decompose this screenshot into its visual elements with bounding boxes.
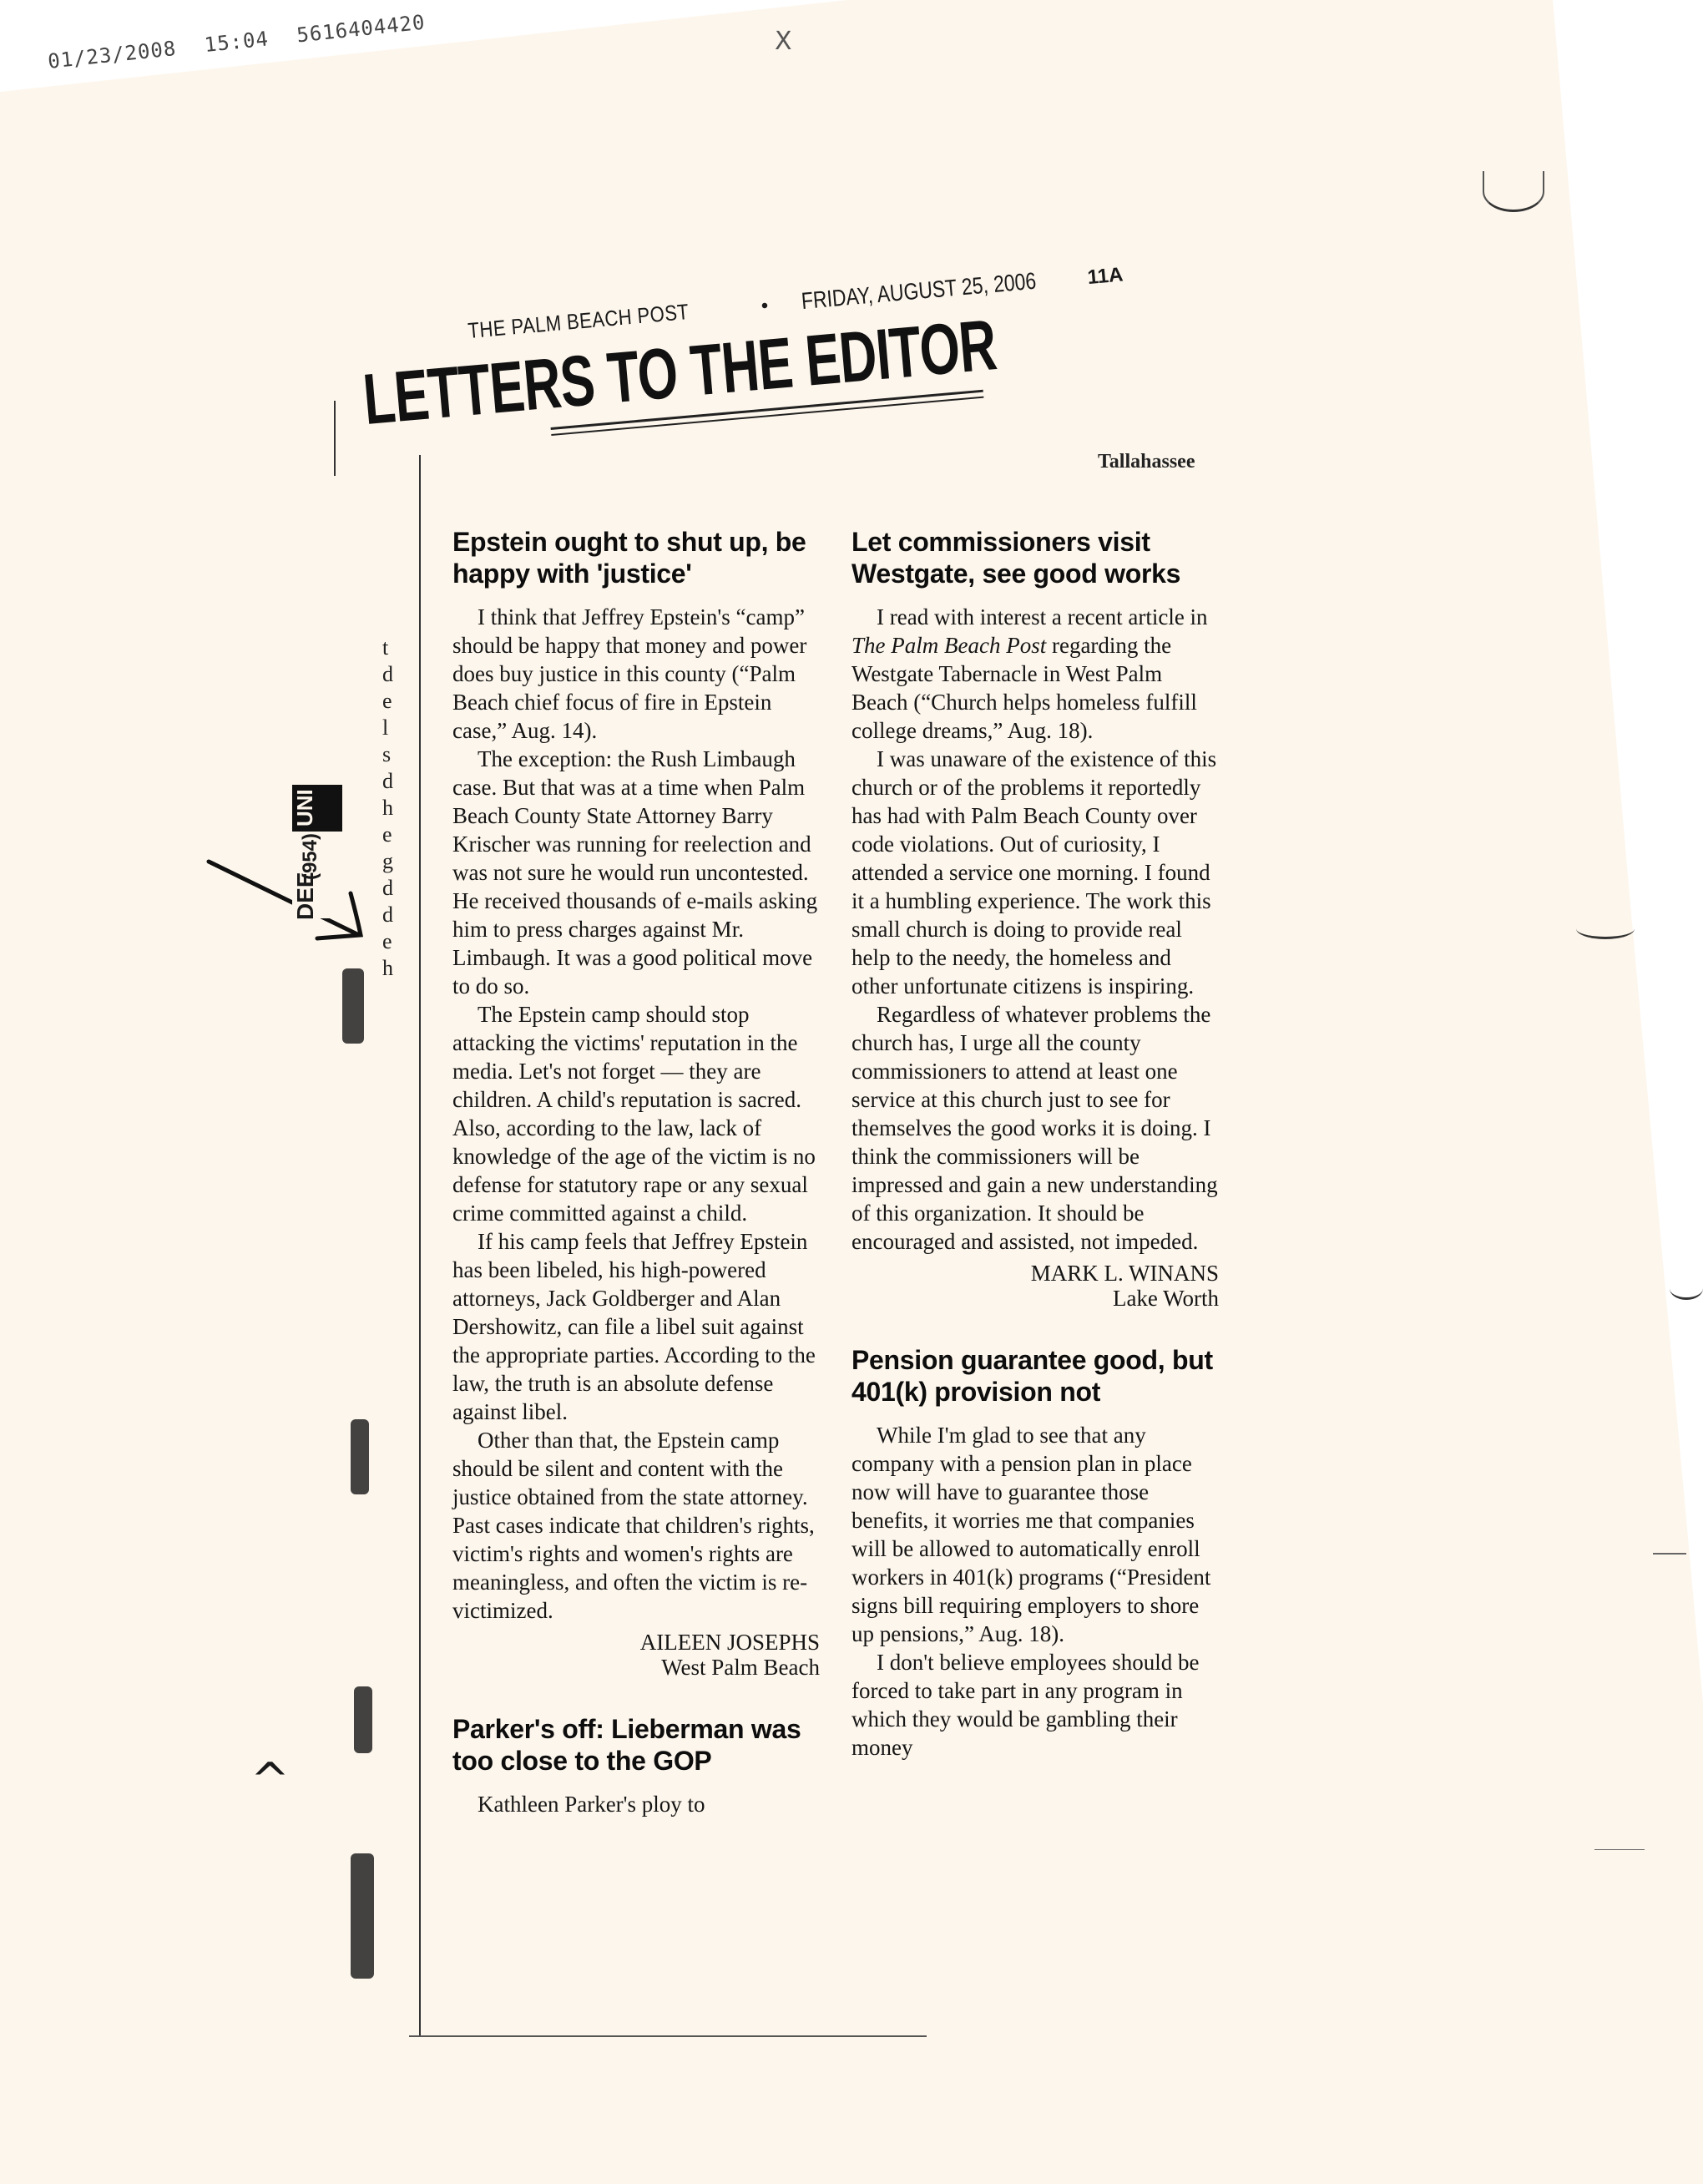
letter-city: West Palm Beach <box>452 1655 820 1680</box>
adjacent-column-fragment: t d e l s d h e g d d e h UNI (954) DEE … <box>284 501 417 1979</box>
letter-paragraph: While I'm glad to see that any company w… <box>851 1421 1219 1648</box>
letter-author: AILEEN JOSEPHS <box>452 1630 820 1655</box>
clipping-edge <box>334 401 336 476</box>
partial-word: Tallahassee <box>1098 451 1195 473</box>
ad-name: DEE <box>292 870 342 920</box>
ink-smudge <box>351 1853 374 1979</box>
letter-headline: Let commissioners visit Westgate, see go… <box>851 526 1219 589</box>
letters-column-left: Epstein ought to shut up, be happy with … <box>452 526 820 1818</box>
letter-author: MARK L. WINANS <box>851 1261 1219 1286</box>
paragraph-text: I read with interest a recent article in <box>877 604 1208 629</box>
letter-paragraph: Other than that, the Epstein camp should… <box>452 1426 820 1625</box>
letter-paragraph: I was unaware of the existence of this c… <box>851 745 1219 1000</box>
letter-epstein: Epstein ought to shut up, be happy with … <box>452 526 820 1680</box>
masthead-separator: • <box>761 295 770 319</box>
caret-mark-icon: ^ <box>250 1753 290 1807</box>
letter-headline: Epstein ought to shut up, be happy with … <box>452 526 820 589</box>
clipped-advertisement: UNI (954) DEE <box>292 785 341 918</box>
letter-paragraph: If his camp feels that Jeffrey Epstein h… <box>452 1227 820 1426</box>
ink-smudge <box>351 1419 369 1494</box>
scan-artifact <box>1594 1849 1645 1850</box>
ink-smudge <box>342 968 364 1044</box>
fax-date: 01/23/2008 <box>47 37 178 73</box>
scan-artifact <box>1653 1553 1686 1555</box>
letters-column-right: Let commissioners visit Westgate, see go… <box>851 526 1219 1762</box>
newspaper-title-italic: The Palm Beach Post <box>851 633 1046 658</box>
letter-parker: Parker's off: Lieberman was too close to… <box>452 1713 820 1818</box>
letter-headline: Parker's off: Lieberman was too close to… <box>452 1713 820 1777</box>
hole-punch-mark <box>1576 918 1635 939</box>
letter-paragraph: I read with interest a recent article in… <box>851 603 1219 745</box>
letter-paragraph: I don't believe employees should be forc… <box>851 1648 1219 1762</box>
clipped-column-letters: t d e l s d h e g d d e h <box>382 634 399 982</box>
letter-westgate: Let commissioners visit Westgate, see go… <box>851 526 1219 1311</box>
letter-paragraph: The Epstein camp should stop attacking t… <box>452 1000 820 1227</box>
ink-smudge <box>354 1686 372 1753</box>
letter-paragraph: I think that Jeffrey Epstein's “camp” sh… <box>452 603 820 745</box>
letter-paragraph: Kathleen Parker's ploy to <box>452 1790 820 1818</box>
fax-number: 5616404420 <box>296 11 427 48</box>
newspaper-clipping: THE PALM BEACH POST • FRIDAY, AUGUST 25,… <box>334 250 1294 2087</box>
letter-pension: Pension guarantee good, but 401(k) provi… <box>851 1344 1219 1762</box>
ad-tag: UNI <box>292 785 342 832</box>
column-rule <box>419 455 421 2037</box>
letter-paragraph: The exception: the Rush Limbaugh case. B… <box>452 745 820 1000</box>
publication-date: FRIDAY, AUGUST 25, 2006 <box>801 268 1038 315</box>
letter-headline: Pension guarantee good, but 401(k) provi… <box>851 1344 1219 1408</box>
fax-time: 15:04 <box>203 27 270 57</box>
letter-paragraph: Regardless of whatever problems the chur… <box>851 1000 1219 1256</box>
page-number: 11A <box>1087 263 1124 290</box>
letter-city: Lake Worth <box>851 1286 1219 1311</box>
hole-punch-mark <box>1483 171 1544 212</box>
clipping-bottom-edge <box>409 2035 927 2037</box>
x-mark-icon: X <box>775 27 792 56</box>
hole-punch-mark <box>1670 1277 1703 1300</box>
